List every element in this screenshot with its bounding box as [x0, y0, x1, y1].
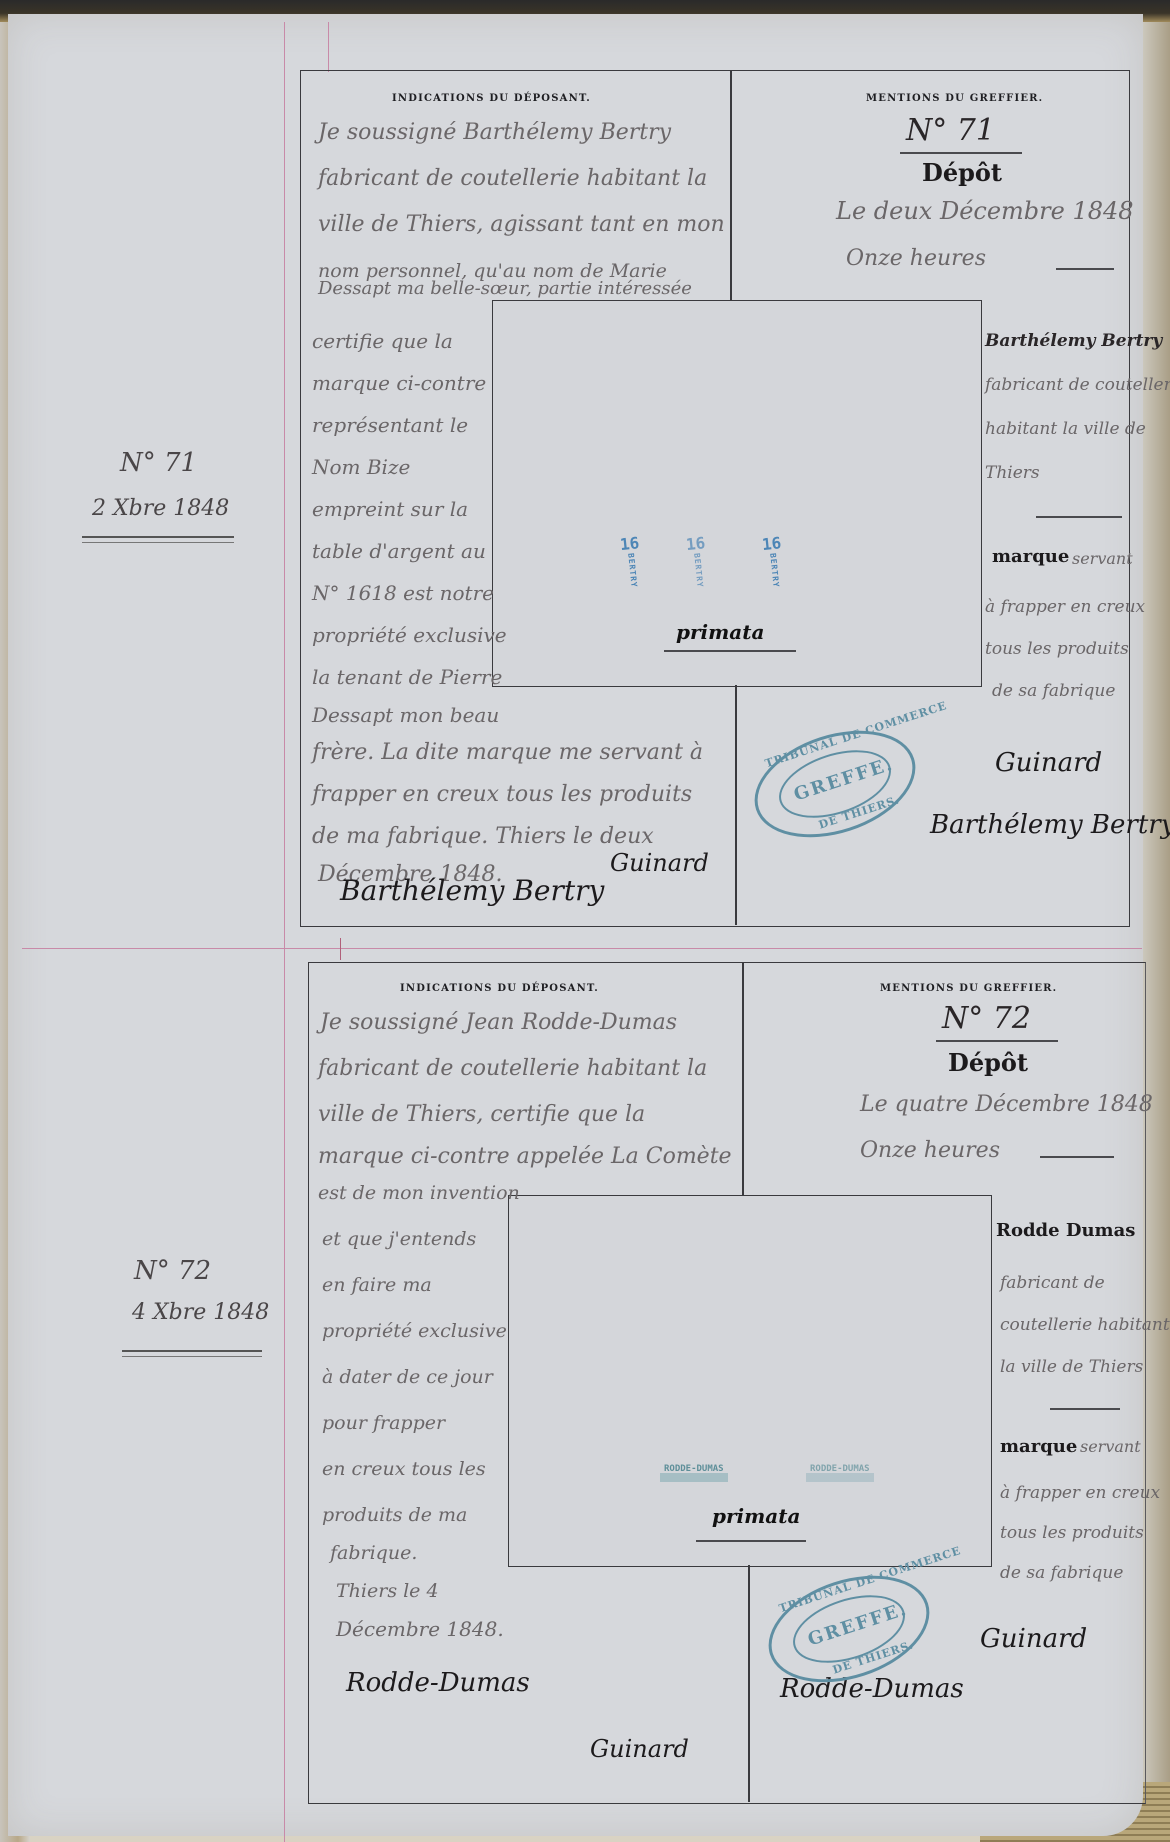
mark-caption: primata	[712, 1504, 800, 1528]
mark-stamp: RODDE-DUMAS	[806, 1462, 874, 1482]
greffier-depositor-name: Barthélemy Bertry	[985, 318, 1162, 364]
margin-underline	[122, 1350, 262, 1357]
header-indications-deposant: INDICATIONS DU DÉPOSANT.	[392, 93, 591, 104]
depositor-signature: Rodde-Dumas	[346, 1660, 530, 1706]
greffier-signature: Guinard	[980, 1616, 1087, 1662]
greffier-depositor-name: Rodde Dumas	[996, 1220, 1135, 1241]
depot-hour: Onze heures	[846, 236, 986, 282]
greffier-signature-left: Guinard	[590, 1726, 689, 1772]
ruling-tick	[328, 22, 329, 72]
header-mentions-greffier: MENTIONS DU GREFFIER.	[880, 983, 1057, 994]
header-mentions-greffier: MENTIONS DU GREFFIER.	[866, 93, 1043, 104]
column-divider-lower	[735, 685, 737, 925]
number-underline	[936, 1040, 1058, 1042]
header-indications-deposant: INDICATIONS DU DÉPOSANT.	[400, 983, 599, 994]
depot-hour: Onze heures	[860, 1128, 1000, 1174]
number-underline	[900, 152, 1022, 154]
margin-entry-number: N° 72	[134, 1256, 211, 1286]
margin-ruling-line	[284, 22, 285, 1842]
margin-entry-date: 4 Xbre 1848	[132, 1300, 269, 1325]
column-divider-lower	[748, 1565, 750, 1802]
depot-title: Dépôt	[948, 1048, 1028, 1077]
depot-date: Le deux Décembre 1848	[836, 188, 1134, 234]
ruling-tick	[340, 938, 341, 960]
marque-label: marque	[1000, 1436, 1077, 1457]
depositor-signature: Barthélemy Bertry	[340, 868, 604, 914]
depositor-countersignature: Barthélemy Bertry	[930, 802, 1170, 848]
depot-title: Dépôt	[922, 158, 1002, 187]
margin-entry-number: N° 71	[120, 448, 197, 478]
depot-date: Le quatre Décembre 1848	[860, 1082, 1153, 1128]
greffier-signature-left: Guinard	[610, 840, 709, 886]
greffier-entry-number: N° 71	[906, 108, 995, 154]
marque-label: marque	[992, 546, 1069, 567]
entry-separator-ruling	[22, 948, 1142, 949]
mark-caption: primata	[676, 620, 764, 644]
column-divider	[730, 70, 732, 300]
mark-stamp: RODDE-DUMAS	[660, 1462, 728, 1482]
greffier-entry-number: N° 72	[942, 996, 1031, 1042]
column-divider	[742, 962, 744, 1195]
margin-underline	[82, 536, 234, 543]
greffier-signature: Guinard	[995, 740, 1102, 786]
margin-entry-date: 2 Xbre 1848	[92, 496, 229, 521]
